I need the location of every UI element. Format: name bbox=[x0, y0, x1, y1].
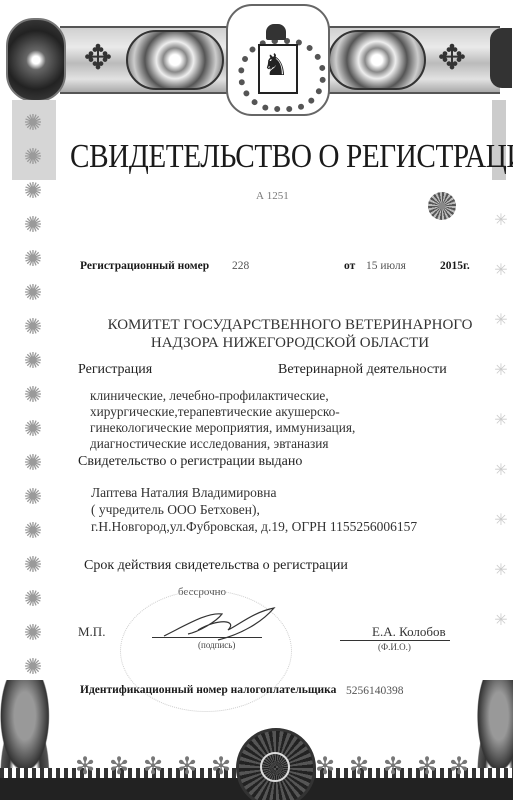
registration-number-label: Регистрационный номер bbox=[80, 260, 209, 272]
handwritten-signature bbox=[158, 604, 278, 644]
snowflake-ornament-icon: ✳ bbox=[486, 510, 513, 532]
crown-icon bbox=[266, 24, 286, 40]
signature-line bbox=[152, 637, 262, 638]
snowflake-ornament-icon: ✺ bbox=[18, 112, 48, 134]
validity-label: Срок действия свидетельства о регистраци… bbox=[84, 558, 348, 574]
agency-line-2: НАДЗОРА НИЖЕГОРОДСКОЙ ОБЛАСТИ bbox=[70, 334, 510, 352]
holder-role: ( учредитель ООО Бетховен), bbox=[91, 501, 417, 518]
registration-number-value: 228 bbox=[232, 260, 249, 272]
snowflake-ornament-icon: ✺ bbox=[18, 248, 48, 270]
name-caption: (Ф.И.О.) bbox=[378, 642, 411, 652]
snowflake-ornament-icon: ✺ bbox=[18, 588, 48, 610]
flower-ornament-icon: ✻ bbox=[174, 752, 200, 781]
deer-emblem-icon: ♞ bbox=[262, 48, 289, 84]
snowflake-ornament-icon: ✺ bbox=[18, 282, 48, 304]
flower-ornament-icon: ✻ bbox=[208, 752, 234, 781]
snowflake-ornament-icon: ✺ bbox=[18, 656, 48, 678]
certificate-holder: Лаптева Наталия Владимировна ( учредител… bbox=[91, 484, 417, 535]
corner-ornament-top-right bbox=[490, 28, 512, 88]
tax-id-value: 5256140398 bbox=[346, 685, 404, 697]
snowflake-ornament-icon: ✳ bbox=[486, 210, 513, 232]
document-title: СВИДЕТЕЛЬСТВО О РЕГИСТРАЦИИ bbox=[70, 138, 513, 176]
leaf-ornament-icon: ✥ bbox=[430, 40, 474, 78]
snowflake-ornament-icon: ✺ bbox=[18, 350, 48, 372]
registration-label: Регистрация bbox=[78, 362, 152, 378]
holder-name: Лаптева Наталия Владимировна bbox=[91, 484, 417, 501]
snowflake-ornament-icon: ✺ bbox=[18, 384, 48, 406]
snowflake-ornament-icon: ✳ bbox=[486, 360, 513, 382]
signature-caption: (подпись) bbox=[198, 640, 235, 650]
corner-ornament-top-left bbox=[6, 18, 66, 102]
snowflake-ornament-icon: ✺ bbox=[18, 452, 48, 474]
snowflake-ornament-icon: ✺ bbox=[18, 146, 48, 168]
activity-line: гинекологические мероприятия, иммунизаци… bbox=[90, 420, 355, 436]
ornament-cartouche-right bbox=[328, 30, 426, 90]
activity-line: диагностические исследования, эвтаназия bbox=[90, 436, 355, 452]
activity-line: хирургические,терапевтические акушерско- bbox=[90, 404, 355, 420]
registration-year: 2015г. bbox=[440, 260, 470, 272]
activity-line: клинические, лечебно-профилактические, bbox=[90, 388, 355, 404]
ornament-cartouche-left bbox=[126, 30, 224, 90]
snowflake-ornament-icon: ✺ bbox=[18, 622, 48, 644]
snowflake-ornament-icon: ✺ bbox=[18, 520, 48, 542]
snowflake-ornament-icon: ✺ bbox=[18, 316, 48, 338]
signer-name: Е.А. Колобов bbox=[372, 624, 446, 640]
rosette-ornament-icon bbox=[428, 192, 456, 220]
snowflake-ornament-icon: ✳ bbox=[486, 410, 513, 432]
snowflake-ornament-icon: ✳ bbox=[486, 260, 513, 282]
date-prefix: от bbox=[344, 260, 355, 272]
snowflake-ornament-icon: ✺ bbox=[18, 554, 48, 576]
flower-ornament-icon: ✻ bbox=[106, 752, 132, 781]
flower-ornament-icon: ✻ bbox=[346, 752, 372, 781]
leaf-ornament-icon: ✥ bbox=[76, 40, 120, 78]
tax-id-label: Идентификационный номер налогоплательщик… bbox=[80, 684, 336, 696]
name-line bbox=[340, 640, 450, 641]
flower-ornament-icon: ✻ bbox=[72, 752, 98, 781]
snowflake-ornament-icon: ✳ bbox=[486, 460, 513, 482]
issued-to-label: Свидетельство о регистрации выдано bbox=[78, 454, 302, 470]
flower-ornament-icon: ✻ bbox=[380, 752, 406, 781]
snowflake-ornament-icon: ✺ bbox=[18, 180, 48, 202]
snowflake-ornament-icon: ✺ bbox=[18, 418, 48, 440]
holder-address: г.Н.Новгород,ул.Фубровская, д.19, ОГРН 1… bbox=[91, 518, 417, 535]
registration-type: Ветеринарной деятельности bbox=[278, 362, 447, 378]
series-number: А 1251 bbox=[256, 190, 289, 202]
snowflake-ornament-icon: ✺ bbox=[18, 214, 48, 236]
agency-line-1: КОМИТЕТ ГОСУДАРСТВЕННОГО ВЕТЕРИНАРНОГО bbox=[70, 316, 510, 334]
snowflake-ornament-icon: ✳ bbox=[486, 560, 513, 582]
registration-date: 15 июля bbox=[366, 260, 406, 272]
seal-place-label: М.П. bbox=[78, 624, 105, 640]
medallion-center-icon bbox=[260, 752, 290, 782]
flower-ornament-icon: ✻ bbox=[446, 752, 472, 781]
flower-ornament-icon: ✻ bbox=[414, 752, 440, 781]
snowflake-ornament-icon: ✳ bbox=[486, 610, 513, 632]
snowflake-ornament-icon: ✺ bbox=[18, 486, 48, 508]
issuing-agency: КОМИТЕТ ГОСУДАРСТВЕННОГО ВЕТЕРИНАРНОГО Н… bbox=[70, 316, 510, 352]
flower-ornament-icon: ✻ bbox=[140, 752, 166, 781]
activities-list: клинические, лечебно-профилактические, х… bbox=[90, 388, 355, 452]
